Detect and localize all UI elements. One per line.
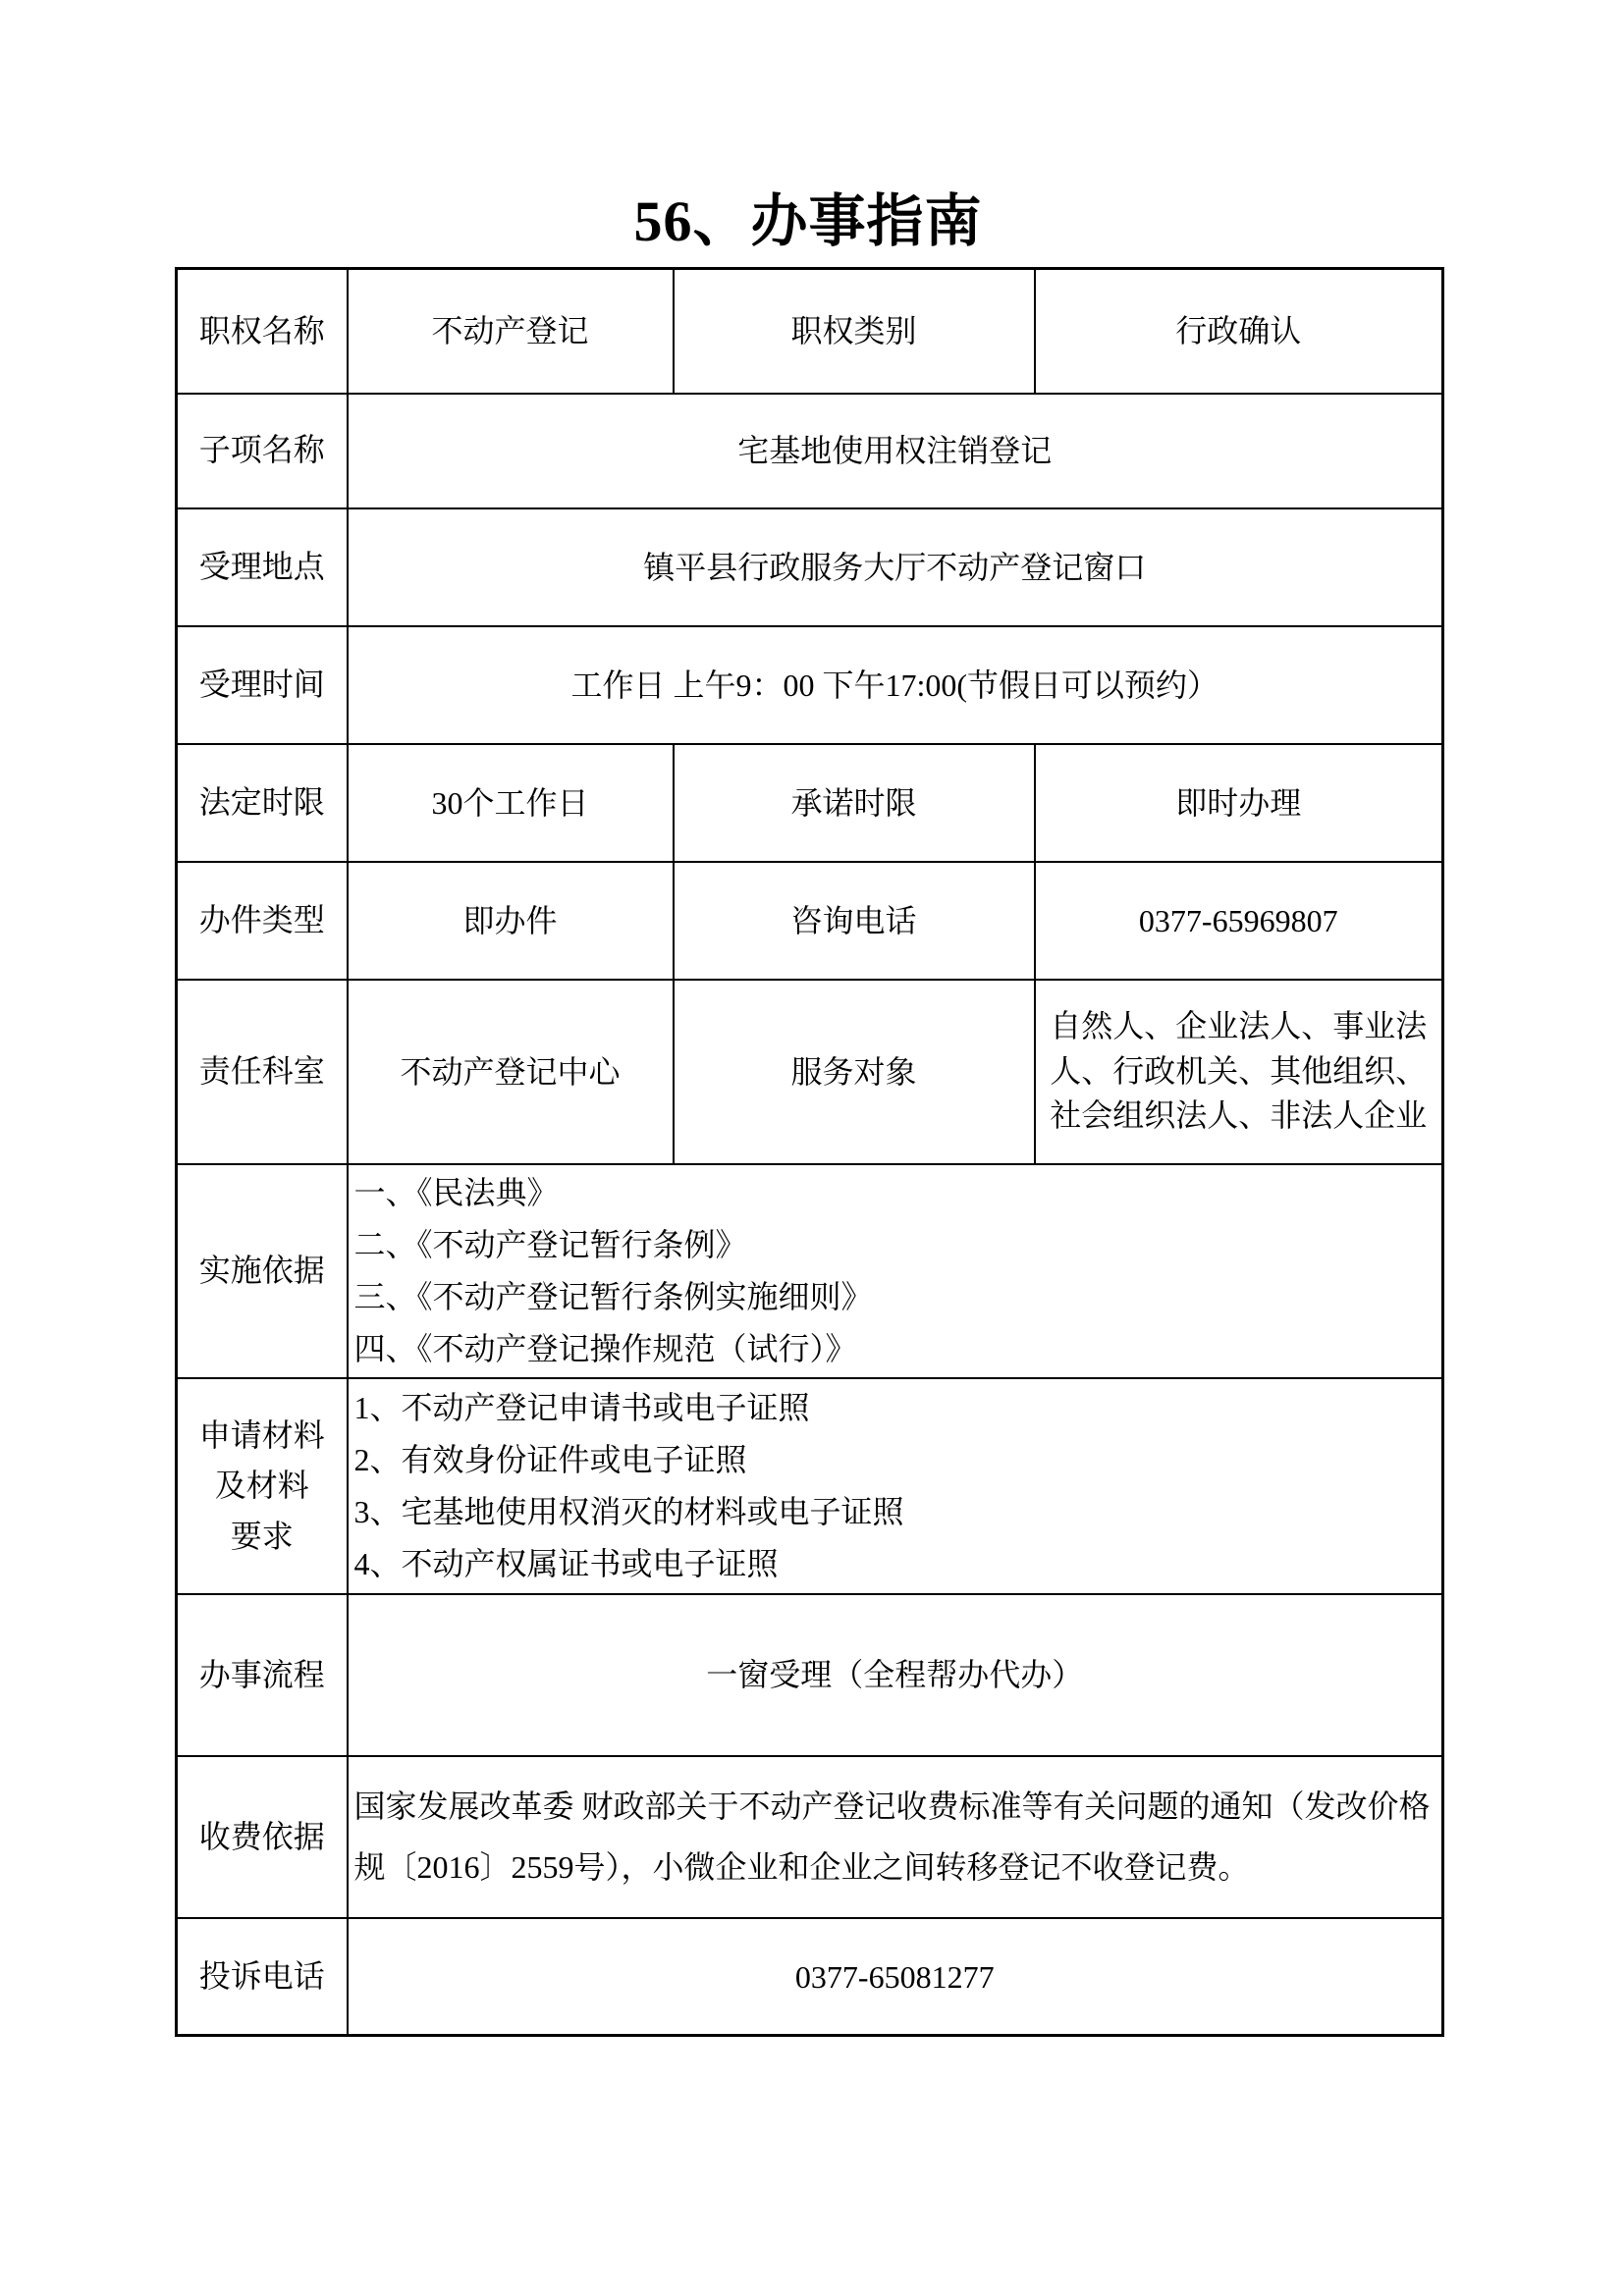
document-page: 56、办事指南 职权名称 不动产登记 职权类别 行政确认 子项名称 宅基地使用权…: [0, 0, 1624, 2296]
promised-time-limit-label: 承诺时限: [674, 744, 1035, 862]
table-row: 职权名称 不动产登记 职权类别 行政确认: [177, 269, 1443, 394]
promised-time-limit-value: 即时办理: [1035, 744, 1443, 862]
subitem-name-label: 子项名称: [177, 394, 348, 508]
table-row: 办事流程 一窗受理（全程帮办代办）: [177, 1594, 1443, 1756]
table-row: 投诉电话 0377-65081277: [177, 1918, 1443, 2036]
statutory-time-limit-label: 法定时限: [177, 744, 348, 862]
authority-name-value: 不动产登记: [348, 269, 674, 394]
service-process-value: 一窗受理（全程帮办代办）: [348, 1594, 1443, 1756]
statutory-time-limit-value: 30个工作日: [348, 744, 674, 862]
authority-type-value: 行政确认: [1035, 269, 1443, 394]
complaint-phone-value: 0377-65081277: [348, 1918, 1443, 2036]
table-row: 申请材料 及材料 要求 1、不动产登记申请书或电子证照 2、有效身份证件或电子证…: [177, 1378, 1443, 1594]
responsible-department-value: 不动产登记中心: [348, 980, 674, 1164]
responsible-department-label: 责任科室: [177, 980, 348, 1164]
page-title: 56、办事指南: [175, 193, 1441, 250]
subitem-name-value: 宅基地使用权注销登记: [348, 394, 1443, 508]
authority-name-label: 职权名称: [177, 269, 348, 394]
table-row: 受理地点 镇平县行政服务大厅不动产登记窗口: [177, 508, 1443, 626]
document-content: 56、办事指南 职权名称 不动产登记 职权类别 行政确认 子项名称 宅基地使用权…: [175, 0, 1441, 2037]
fee-basis-value: 国家发展改革委 财政部关于不动产登记收费标准等有关问题的通知（发改价格规〔201…: [348, 1756, 1443, 1918]
table-row: 责任科室 不动产登记中心 服务对象 自然人、企业法人、事业法人、行政机关、其他组…: [177, 980, 1443, 1164]
service-target-label: 服务对象: [674, 980, 1035, 1164]
table-row: 法定时限 30个工作日 承诺时限 即时办理: [177, 744, 1443, 862]
implementation-basis-label: 实施依据: [177, 1164, 348, 1378]
service-guide-table: 职权名称 不动产登记 职权类别 行政确认 子项名称 宅基地使用权注销登记 受理地…: [175, 267, 1444, 2037]
service-process-label: 办事流程: [177, 1594, 348, 1756]
processing-type-label: 办件类型: [177, 862, 348, 980]
acceptance-location-value: 镇平县行政服务大厅不动产登记窗口: [348, 508, 1443, 626]
table-row: 受理时间 工作日 上午9：00 下午17:00(节假日可以预约）: [177, 626, 1443, 744]
table-row: 子项名称 宅基地使用权注销登记: [177, 394, 1443, 508]
processing-type-value: 即办件: [348, 862, 674, 980]
authority-type-label: 职权类别: [674, 269, 1035, 394]
table-row: 实施依据 一、《民法典》 二、《不动产登记暂行条例》 三、《不动产登记暂行条例实…: [177, 1164, 1443, 1378]
table-row: 办件类型 即办件 咨询电话 0377-65969807: [177, 862, 1443, 980]
acceptance-time-value: 工作日 上午9：00 下午17:00(节假日可以预约）: [348, 626, 1443, 744]
acceptance-time-label: 受理时间: [177, 626, 348, 744]
implementation-basis-value: 一、《民法典》 二、《不动产登记暂行条例》 三、《不动产登记暂行条例实施细则》 …: [348, 1164, 1443, 1378]
application-materials-value: 1、不动产登记申请书或电子证照 2、有效身份证件或电子证照 3、宅基地使用权消灭…: [348, 1378, 1443, 1594]
table-row: 收费依据 国家发展改革委 财政部关于不动产登记收费标准等有关问题的通知（发改价格…: [177, 1756, 1443, 1918]
acceptance-location-label: 受理地点: [177, 508, 348, 626]
service-target-value: 自然人、企业法人、事业法人、行政机关、其他组织、社会组织法人、非法人企业: [1035, 980, 1443, 1164]
fee-basis-label: 收费依据: [177, 1756, 348, 1918]
application-materials-label: 申请材料 及材料 要求: [177, 1378, 348, 1594]
consultation-phone-value: 0377-65969807: [1035, 862, 1443, 980]
consultation-phone-label: 咨询电话: [674, 862, 1035, 980]
complaint-phone-label: 投诉电话: [177, 1918, 348, 2036]
